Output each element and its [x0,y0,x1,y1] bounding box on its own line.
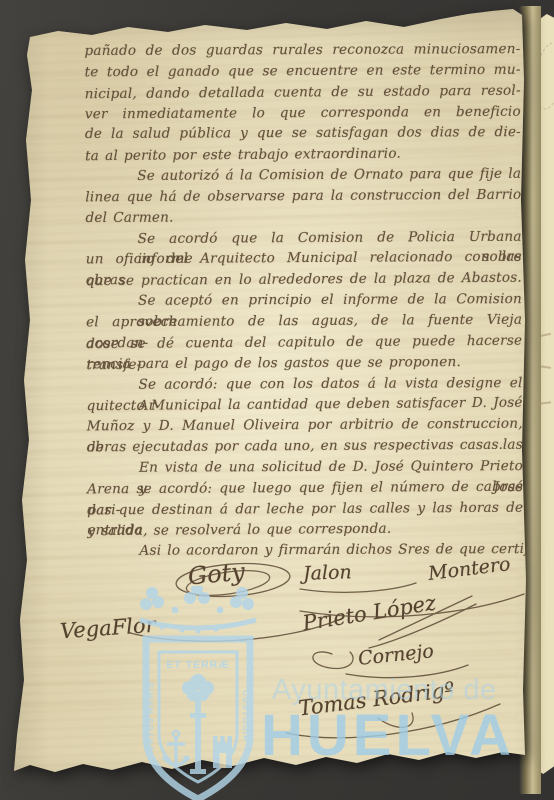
manuscript-line: quitecto Municipal la cantidad que deben… [87,393,523,417]
manuscript-line: dose se dé cuenta del capitulo de que pu… [86,330,522,354]
manuscript-line: nicipal, dando detallada cuenta de su es… [85,80,521,104]
manuscript-line: te todo el ganado que se encuentre en es… [85,60,521,84]
manuscript-line: En vista de una solicitud de D. José Qui… [87,456,523,479]
manuscript-line: un oficio del Arquitecto Municipal relac… [86,247,522,271]
signature-cornejo: Cornejo [357,640,435,670]
signature-vegaflor: VegaFlor [59,613,156,644]
manuscript-line: Se acordó que la Comision de Policia Urb… [86,226,522,250]
ink-bleedthrough-texture [18,60,518,720]
signature-goty: Goty [187,558,246,591]
manuscript-line: linea que há de observarse para la const… [85,185,521,209]
manuscript-line: Se autorizó á la Comision de Ornato para… [85,164,521,188]
manuscript-text-block: pañado de dos guardas rurales reconozca … [84,39,523,563]
manuscript-line: de la salud pública y que se satisfagan … [85,122,521,145]
manuscript-line: del Carmen. [85,206,521,229]
manuscript-line: Asi lo acordaron y firmarán dichos Sres … [87,539,523,562]
manuscript-line: das que destinan á dar leche por las cal… [87,497,523,521]
manuscript-line: Arena se acordó: que luego que fijen el … [87,476,523,500]
signature-montero: Montero [427,553,512,585]
manuscript-line: Se acordó: que con los datos á la vista … [86,373,522,396]
manuscript-line: Se aceptó en principio el informe de la … [86,289,522,312]
manuscript-line: ver inmediatamente lo que corresponda en… [85,101,521,125]
manuscript-line: obras ejecutadas por cada uno, en sus re… [87,435,523,459]
manuscript-page: pañado de dos guardas rurales reconozca … [0,0,554,800]
signature-prieto-lopez: Prieto López [301,591,438,636]
signature-flourishes [0,0,554,800]
manuscript-line: que se practican en lo alrededores de la… [86,268,522,292]
archive-scan-background: pañado de dos guardas rurales reconozca … [0,0,554,800]
signature-secretario: Tomas Rodrigº [297,678,456,721]
manuscript-sheet-wrap: pañado de dos guardas rurales reconozca … [0,0,554,800]
manuscript-line: Muñoz y D. Manuel Oliveira por arbitrio … [87,414,523,438]
manuscript-line: ta al perito por este trabajo extraordin… [85,143,521,167]
manuscript-line: rencia para el pago de los gastos que se… [86,351,522,375]
manuscript-line: pañado de dos guardas rurales reconozca … [84,39,520,62]
signature-jalon: Jalon [303,561,352,585]
manuscript-line: y salida, se resolverá lo que correspond… [87,518,523,542]
manuscript-line: el aprovechamiento de las aguas, de la f… [86,310,522,334]
